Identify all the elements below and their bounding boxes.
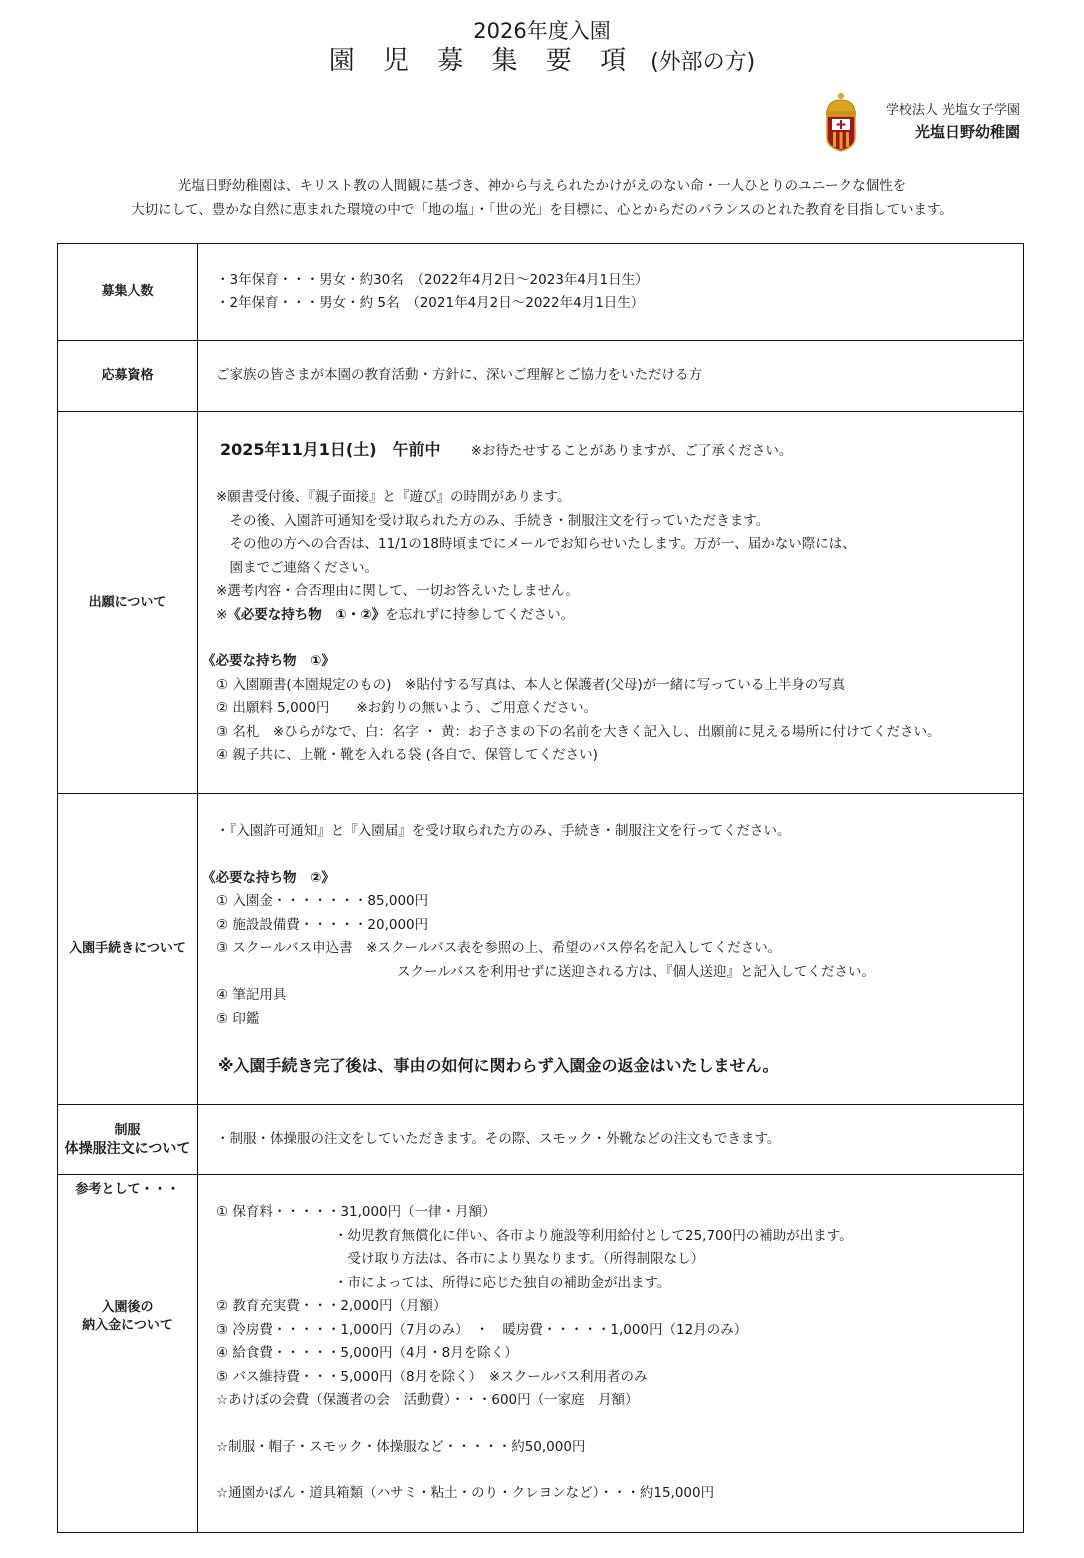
title-year: 2026年度入園: [0, 18, 1084, 44]
label-recruitment: 募集人数: [58, 244, 198, 341]
row-fees: 参考として・・・ 入園後の 納入金について ① 保育料・・・・・31,000円（…: [58, 1175, 1024, 1533]
intro-paragraph: 光塩日野幼稚園は、キリスト教の人間観に基づき、神から与えられたかけがえのない命・…: [40, 174, 1044, 222]
label-fees: 参考として・・・ 入園後の 納入金について: [58, 1175, 198, 1533]
label-uniform: 制服 体操服注文について: [58, 1105, 198, 1175]
fee-note: ・市によっては、所得に応じた独自の補助金が出ます。: [216, 1272, 1023, 1296]
application-note: その後、入園許可通知を受け取られた方のみ、手続き・制服注文を行っていただきます。: [216, 510, 1023, 534]
enrollment-item: ④ 筆記用具: [216, 984, 1023, 1008]
required-item: ② 出願料 5,000円 ※お釣りの無いよう、ご用意ください。: [216, 697, 1023, 721]
title-main-text: 園 児 募 集 要 項: [329, 46, 636, 76]
required-item: ① 入園願書(本園規定のもの) ※貼付する写真は、本人と保護者(父母)が一緒に写…: [216, 674, 1023, 698]
application-note: 園までご連絡ください。: [216, 557, 1023, 581]
fee-item: ④ 給食費・・・・・5,000円（4月・8月を除く）: [216, 1342, 1023, 1366]
uniform-text: ・制服・体操服の注文をしていただきます。その際、スモック・外靴などの注文もできま…: [216, 1128, 1023, 1152]
enrollment-item: ② 施設設備費・・・・・20,000円: [216, 914, 1023, 938]
content-application: 2025年11月1日(土) 午前中※お待たせすることがありますが、ご了承ください…: [198, 412, 1024, 794]
label-application: 出願について: [58, 412, 198, 794]
label-fees-text: 入園後の 納入金について: [58, 1299, 197, 1335]
application-reminder: ※《必要な持ち物 ①・②》を忘れずに持参してください。: [216, 604, 1023, 628]
content-enrollment: ・『入園許可通知』と『入園届』を受け取られた方のみ、手続き・制服注文を行ってくだ…: [198, 794, 1024, 1105]
refund-warning: ※入園手続き完了後は、事由の如何に関わらず入園金の返金はいたしません。: [216, 1054, 1023, 1078]
fee-item: ③ 冷房費・・・・・1,000円（7月のみ） ・ 暖房費・・・・・1,000円（…: [216, 1319, 1023, 1343]
application-note: その他の方への合否は、11/1の18時頃までにメールでお知らせいたします。万が一…: [216, 533, 1023, 557]
fee-item: ☆あけぼの会費（保護者の会 活動費）・・・600円（一家庭 月額）: [216, 1389, 1023, 1413]
title-subtitle: (外部の方): [650, 50, 755, 75]
supplies-cost: ☆通園かばん・道具箱類（ハサミ・粘土・のり・クレヨンなど）・・・約15,000円: [216, 1482, 1023, 1506]
application-date: 2025年11月1日(土) 午前中: [220, 440, 441, 459]
recruitment-line: ・2年保育・・・男女・約 5名 （2021年4月2日～2022年4月1日生）: [216, 292, 1023, 316]
org-corporation: 学校法人 光塩女子学園: [868, 102, 1020, 120]
uniform-cost: ☆制服・帽子・スモック・体操服など・・・・・約50,000円: [216, 1436, 1023, 1460]
required-item: ④ 親子共に、上靴・靴を入れる袋 (各自で、保管してください): [216, 744, 1023, 768]
application-note: ※願書受付後、『親子面接』と『遊び』の時間があります。: [216, 486, 1023, 510]
content-recruitment: ・3年保育・・・男女・約30名 （2022年4月2日～2023年4月1日生） ・…: [198, 244, 1024, 341]
row-application: 出願について 2025年11月1日(土) 午前中※お待たせすることがありますが、…: [58, 412, 1024, 794]
bus-note: スクールバスを利用せずに送迎される方は、『個人送迎』と記入してください。: [216, 961, 1023, 985]
school-crest-icon: [824, 92, 858, 152]
enrollment-intro: ・『入園許可通知』と『入園届』を受け取られた方のみ、手続き・制服注文を行ってくだ…: [202, 820, 1023, 844]
row-eligibility: 応募資格 ご家族の皆さまが本園の教育活動・方針に、深いご理解とご協力をいただける…: [58, 341, 1024, 412]
fee-note: ・幼児教育無償化に伴い、各市より施設等利用給付として25,700円の補助が出ます…: [216, 1225, 1023, 1249]
document-title: 2026年度入園 園 児 募 集 要 項(外部の方): [0, 18, 1084, 80]
enrollment-item: ① 入園金・・・・・・・85,000円: [216, 890, 1023, 914]
intro-line: 光塩日野幼稚園は、キリスト教の人間観に基づき、神から与えられたかけがえのない命・…: [40, 174, 1044, 198]
recruitment-line: ・3年保育・・・男女・約30名 （2022年4月2日～2023年4月1日生）: [216, 269, 1023, 293]
content-uniform: ・制服・体操服の注文をしていただきます。その際、スモック・外靴などの注文もできま…: [198, 1105, 1024, 1175]
intro-line: 大切にして、豊かな自然に恵まれた環境の中で「地の塩」・「世の光」を目標に、心とか…: [40, 198, 1044, 222]
fee-item: ② 教育充実費・・・2,000円（月額）: [216, 1295, 1023, 1319]
items-heading-1: 《必要な持ち物 ①》: [202, 650, 1023, 674]
org-name: 光塩日野幼稚園: [868, 120, 1020, 144]
row-recruitment: 募集人数 ・3年保育・・・男女・約30名 （2022年4月2日～2023年4月1…: [58, 244, 1024, 341]
enrollment-item: ⑤ 印鑑: [216, 1008, 1023, 1032]
fee-item: ⑤ バス維持費・・・5,000円（8月を除く） ※スクールバス利用者のみ: [216, 1366, 1023, 1390]
title-main: 園 児 募 集 要 項(外部の方): [0, 44, 1084, 80]
fee-note: 受け取り方法は、各市により異なります。（所得制限なし）: [216, 1248, 1023, 1272]
organization-block: 学校法人 光塩女子学園 光塩日野幼稚園: [868, 102, 1020, 144]
label-eligibility: 応募資格: [58, 341, 198, 412]
fee-item: ① 保育料・・・・・31,000円（一律・月額）: [216, 1201, 1023, 1225]
application-date-note: ※お待たせすることがありますが、ご了承ください。: [471, 443, 793, 459]
required-item: ③ 名札 ※ひらがなで、白：名字 ・ 黄：お子さまの下の名前を大きく記入し、出願…: [216, 721, 1023, 745]
application-date-line: 2025年11月1日(土) 午前中※お待たせすることがありますが、ご了承ください…: [202, 438, 1023, 464]
content-fees: ① 保育料・・・・・31,000円（一律・月額） ・幼児教育無償化に伴い、各市よ…: [198, 1175, 1024, 1533]
enrollment-item: ③ スクールバス申込書 ※スクールバス表を参照の上、希望のバス停名を記入してくだ…: [216, 937, 1023, 961]
content-eligibility: ご家族の皆さまが本園の教育活動・方針に、深いご理解とご協力をいただける方: [198, 341, 1024, 412]
label-reference: 参考として・・・: [58, 1181, 197, 1199]
row-enrollment: 入園手続きについて ・『入園許可通知』と『入園届』を受け取られた方のみ、手続き・…: [58, 794, 1024, 1105]
row-uniform: 制服 体操服注文について ・制服・体操服の注文をしていただきます。その際、スモッ…: [58, 1105, 1024, 1175]
items-heading-2: 《必要な持ち物 ②》: [202, 867, 1023, 891]
application-note: ※選考内容・合否理由に関して、一切お答えいたしません。: [216, 580, 1023, 604]
requirements-table: 募集人数 ・3年保育・・・男女・約30名 （2022年4月2日～2023年4月1…: [57, 243, 1024, 1533]
label-enrollment: 入園手続きについて: [58, 794, 198, 1105]
